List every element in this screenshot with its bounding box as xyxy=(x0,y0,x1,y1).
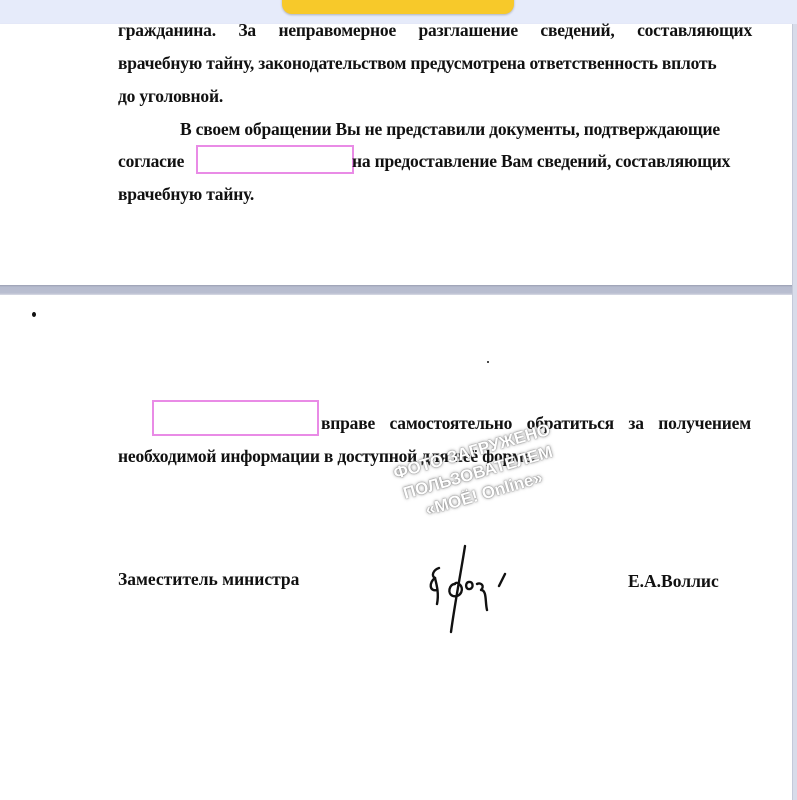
viewer-action-button[interactable] xyxy=(282,0,514,14)
word: неправомерное xyxy=(278,20,396,41)
page1-para1-line3: до уголовной. xyxy=(118,86,223,107)
scan-speck xyxy=(32,312,36,317)
scan-speck xyxy=(487,361,489,363)
word: разглашение xyxy=(419,20,518,41)
viewer-scroll-track[interactable] xyxy=(792,24,797,800)
page1-para2-line2-prefix: согласие xyxy=(118,151,184,172)
word: вправе xyxy=(321,413,375,434)
word: За xyxy=(238,20,256,41)
word: самостоятельно xyxy=(390,413,513,434)
signature-icon xyxy=(425,542,535,638)
page1-para2-line3: врачебную тайну. xyxy=(118,184,254,205)
document-page-2 xyxy=(0,295,792,800)
word: составляющих xyxy=(637,20,752,41)
page1-para1-line1: гражданина. За неправомерное разглашение… xyxy=(118,20,752,41)
signatory-name: Е.А.Воллис xyxy=(628,571,719,592)
word: сведений, xyxy=(540,20,614,41)
page-break xyxy=(0,285,797,295)
word: гражданина. xyxy=(118,20,216,41)
redaction-box xyxy=(196,145,354,174)
redaction-box xyxy=(152,400,319,436)
word: получением xyxy=(658,413,751,434)
signatory-title: Заместитель министра xyxy=(118,569,299,590)
page1-para2-line1: В своем обращении Вы не представили доку… xyxy=(180,119,720,140)
page1-para2-line2-suffix: на предоставление Вам сведений, составля… xyxy=(352,151,730,172)
page1-para1-line2: врачебную тайну, законодательством преду… xyxy=(118,53,716,74)
